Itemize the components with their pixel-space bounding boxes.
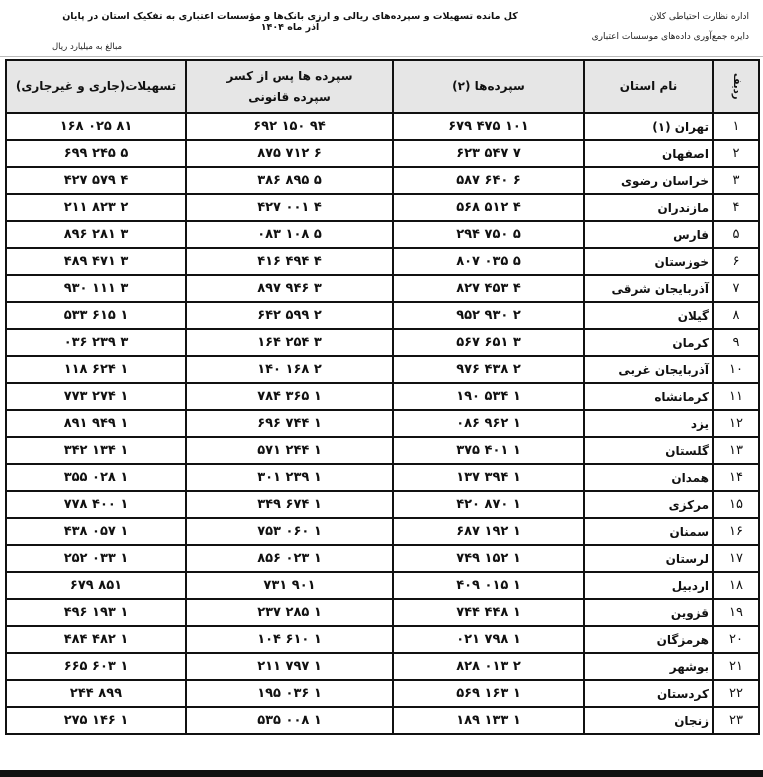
table-row: ۲۳زنجان۱ ۱۳۳ ۱۸۹۱ ۰۰۸ ۵۳۵۱ ۱۴۶ ۲۷۵ [6,707,759,734]
loans-value: ۳ ۲۳۹ ۰۳۶ [6,329,186,356]
province-name: کردستان [584,680,713,707]
province-name: کرمانشاه [584,383,713,410]
loans-value: ۱ ۰۳۳ ۲۵۲ [6,545,186,572]
column-header-loans: تسهیلات(جاری و غیرجاری) [6,60,186,113]
loans-value: ۱ ۶۱۵ ۵۳۳ [6,302,186,329]
column-header-deposits-net-line1: سپرده ها پس از کسر [187,66,392,87]
row-index: ۱۴ [713,464,759,491]
table-row: ۱۳گلستان۱ ۴۰۱ ۳۷۵۱ ۲۴۴ ۵۷۱۱ ۱۳۴ ۳۴۲ [6,437,759,464]
row-index: ۴ [713,194,759,221]
deposits-net-value: ۱ ۲۴۴ ۵۷۱ [186,437,393,464]
table-row: ۱۴همدان۱ ۳۹۴ ۱۳۷۱ ۲۳۹ ۳۰۱۱ ۰۲۸ ۳۵۵ [6,464,759,491]
row-index: ۱۳ [713,437,759,464]
loans-value: ۴ ۵۷۹ ۴۲۷ [6,167,186,194]
loans-value: ۲ ۸۲۳ ۲۱۱ [6,194,186,221]
table-row: ۱۹قزوین۱ ۴۴۸ ۷۴۴۱ ۲۸۵ ۲۳۷۱ ۱۹۳ ۴۹۶ [6,599,759,626]
table-row: ۲۰هرمزگان۱ ۷۹۸ ۰۲۱۱ ۶۱۰ ۱۰۴۱ ۴۸۲ ۴۸۴ [6,626,759,653]
row-index: ۲۲ [713,680,759,707]
deposits-net-value: ۱ ۰۲۳ ۸۵۶ [186,545,393,572]
deposits-net-value: ۴ ۴۹۴ ۴۱۶ [186,248,393,275]
row-index: ۹ [713,329,759,356]
loans-value: ۱ ۶۰۳ ۶۶۵ [6,653,186,680]
deposits-net-value: ۱ ۲۸۵ ۲۳۷ [186,599,393,626]
deposits-net-value: ۱ ۳۶۵ ۷۸۴ [186,383,393,410]
deposits-value: ۱ ۱۵۲ ۷۴۹ [393,545,584,572]
deposits-net-value: ۲ ۵۹۹ ۶۴۲ [186,302,393,329]
loans-value: ۱ ۶۲۴ ۱۱۸ [6,356,186,383]
province-name: همدان [584,464,713,491]
deposits-value: ۴ ۵۱۲ ۵۶۸ [393,194,584,221]
row-index: ۱۱ [713,383,759,410]
deposits-value: ۱ ۱۳۳ ۱۸۹ [393,707,584,734]
unit-note: مبالغ به میلیارد ریال [52,42,122,52]
table-row: ۲۲کردستان۱ ۱۶۳ ۵۶۹۱ ۰۳۶ ۱۹۵۸۹۹ ۲۴۴ [6,680,759,707]
row-index: ۱۹ [713,599,759,626]
loans-value: ۸۵۱ ۶۷۹ [6,572,186,599]
loans-value: ۱ ۱۹۳ ۴۹۶ [6,599,186,626]
loans-value: ۳ ۱۱۱ ۹۳۰ [6,275,186,302]
loans-value: ۸۹۹ ۲۴۴ [6,680,186,707]
org-header: اداره نظارت احتیاطی کلان دایره جمع‌آوری … [592,12,749,52]
deposits-value: ۱ ۴۰۱ ۳۷۵ [393,437,584,464]
province-name: قزوین [584,599,713,626]
deposits-value: ۱ ۰۱۵ ۴۰۹ [393,572,584,599]
header-divider [0,56,763,57]
province-name: خراسان رضوی [584,167,713,194]
loans-value: ۵ ۲۴۵ ۶۹۹ [6,140,186,167]
row-index: ۱۲ [713,410,759,437]
org-line-2: دایره جمع‌آوری داده‌های موسسات اعتباری [592,32,749,42]
province-name: هرمزگان [584,626,713,653]
deposits-value: ۱ ۴۴۸ ۷۴۴ [393,599,584,626]
row-index: ۱۰ [713,356,759,383]
loans-value: ۱ ۲۷۴ ۷۷۳ [6,383,186,410]
deposits-value: ۵ ۰۳۵ ۸۰۷ [393,248,584,275]
loans-value: ۱ ۰۲۸ ۳۵۵ [6,464,186,491]
deposits-net-value: ۱ ۷۴۴ ۶۹۶ [186,410,393,437]
table-row: ۹کرمان۳ ۶۵۱ ۵۶۷۳ ۲۵۴ ۱۶۴۳ ۲۳۹ ۰۳۶ [6,329,759,356]
column-header-index: ردیف [713,60,759,113]
row-index: ۱۵ [713,491,759,518]
province-name: مازندران [584,194,713,221]
loans-value: ۱ ۱۴۶ ۲۷۵ [6,707,186,734]
table-row: ۶خوزستان۵ ۰۳۵ ۸۰۷۴ ۴۹۴ ۴۱۶۳ ۴۷۱ ۴۸۹ [6,248,759,275]
province-name: فارس [584,221,713,248]
loans-value: ۱ ۰۵۷ ۴۳۸ [6,518,186,545]
row-index: ۱۶ [713,518,759,545]
row-index: ۲۳ [713,707,759,734]
deposits-value: ۴ ۴۵۳ ۸۲۷ [393,275,584,302]
table-header-row: ردیف نام استان سپرده‌ها (۲) سپرده ها پس … [6,60,759,113]
deposits-net-value: ۱ ۷۹۷ ۲۱۱ [186,653,393,680]
table-row: ۱۵مرکزی۱ ۸۷۰ ۴۲۰۱ ۶۷۴ ۳۴۹۱ ۴۰۰ ۷۷۸ [6,491,759,518]
deposits-net-value: ۱ ۰۰۸ ۵۳۵ [186,707,393,734]
deposits-value: ۱ ۹۶۲ ۰۸۶ [393,410,584,437]
deposits-net-value: ۱ ۶۱۰ ۱۰۴ [186,626,393,653]
table-row: ۲۱بوشهر۲ ۰۱۳ ۸۲۸۱ ۷۹۷ ۲۱۱۱ ۶۰۳ ۶۶۵ [6,653,759,680]
province-balances-table: ردیف نام استان سپرده‌ها (۲) سپرده ها پس … [5,59,760,735]
table-row: ۲اصفهان۷ ۵۴۷ ۶۲۳۶ ۷۱۲ ۸۷۵۵ ۲۴۵ ۶۹۹ [6,140,759,167]
deposits-value: ۲ ۰۱۳ ۸۲۸ [393,653,584,680]
loans-value: ۳ ۲۸۱ ۸۹۶ [6,221,186,248]
loans-value: ۱ ۴۸۲ ۴۸۴ [6,626,186,653]
column-header-deposits: سپرده‌ها (۲) [393,60,584,113]
province-name: خوزستان [584,248,713,275]
loans-value: ۱ ۴۰۰ ۷۷۸ [6,491,186,518]
province-name: کرمان [584,329,713,356]
table-row: ۱۱کرمانشاه۱ ۵۳۴ ۱۹۰۱ ۳۶۵ ۷۸۴۱ ۲۷۴ ۷۷۳ [6,383,759,410]
table-row: ۳خراسان رضوی۶ ۶۴۰ ۵۸۷۵ ۸۹۵ ۳۸۶۴ ۵۷۹ ۴۲۷ [6,167,759,194]
table-row: ۱تهران (۱)۱۰۱ ۴۷۵ ۶۷۹۹۴ ۱۵۰ ۶۹۲۸۱ ۰۲۵ ۱۶… [6,113,759,140]
province-name: گیلان [584,302,713,329]
column-header-deposits-net: سپرده ها پس از کسر سپرده قانونی [186,60,393,113]
deposits-value: ۲ ۴۳۸ ۹۷۶ [393,356,584,383]
loans-value: ۱ ۹۴۹ ۸۹۱ [6,410,186,437]
row-index: ۸ [713,302,759,329]
table-row: ۵فارس۵ ۷۵۰ ۲۹۴۵ ۱۰۸ ۰۸۳۳ ۲۸۱ ۸۹۶ [6,221,759,248]
deposits-net-value: ۳ ۹۴۶ ۸۹۷ [186,275,393,302]
table-row: ۱۶سمنان۱ ۱۹۲ ۶۸۷۱ ۰۶۰ ۷۵۳۱ ۰۵۷ ۴۳۸ [6,518,759,545]
province-name: اصفهان [584,140,713,167]
province-name: اردبیل [584,572,713,599]
table-row: ۱۰آذربایجان غربی۲ ۴۳۸ ۹۷۶۲ ۱۶۸ ۱۴۰۱ ۶۲۴ … [6,356,759,383]
province-name: بوشهر [584,653,713,680]
deposits-value: ۱ ۷۹۸ ۰۲۱ [393,626,584,653]
deposits-net-value: ۴ ۰۰۱ ۴۲۷ [186,194,393,221]
deposits-net-value: ۶ ۷۱۲ ۸۷۵ [186,140,393,167]
deposits-net-value: ۵ ۸۹۵ ۳۸۶ [186,167,393,194]
deposits-value: ۱ ۱۶۳ ۵۶۹ [393,680,584,707]
province-name: تهران (۱) [584,113,713,140]
deposits-value: ۱ ۳۹۴ ۱۳۷ [393,464,584,491]
row-index: ۲ [713,140,759,167]
table-row: ۱۸اردبیل۱ ۰۱۵ ۴۰۹۹۰۱ ۷۳۱۸۵۱ ۶۷۹ [6,572,759,599]
table-row: ۴مازندران۴ ۵۱۲ ۵۶۸۴ ۰۰۱ ۴۲۷۲ ۸۲۳ ۲۱۱ [6,194,759,221]
deposits-net-value: ۱ ۲۳۹ ۳۰۱ [186,464,393,491]
deposits-net-value: ۵ ۱۰۸ ۰۸۳ [186,221,393,248]
row-index: ۱۷ [713,545,759,572]
province-name: سمنان [584,518,713,545]
deposits-value: ۵ ۷۵۰ ۲۹۴ [393,221,584,248]
deposits-net-value: ۹۴ ۱۵۰ ۶۹۲ [186,113,393,140]
row-index: ۱۸ [713,572,759,599]
row-index: ۲۱ [713,653,759,680]
deposits-net-value: ۳ ۲۵۴ ۱۶۴ [186,329,393,356]
province-name: مرکزی [584,491,713,518]
province-name: گلستان [584,437,713,464]
deposits-net-value: ۱ ۰۶۰ ۷۵۳ [186,518,393,545]
column-header-province: نام استان [584,60,713,113]
province-name: آذربایجان غربی [584,356,713,383]
row-index: ۱ [713,113,759,140]
row-index: ۶ [713,248,759,275]
deposits-net-value: ۱ ۰۳۶ ۱۹۵ [186,680,393,707]
row-index: ۲۰ [713,626,759,653]
deposits-net-value: ۱ ۶۷۴ ۳۴۹ [186,491,393,518]
row-index: ۵ [713,221,759,248]
deposits-value: ۱۰۱ ۴۷۵ ۶۷۹ [393,113,584,140]
table-row: ۸گیلان۲ ۹۳۰ ۹۵۲۲ ۵۹۹ ۶۴۲۱ ۶۱۵ ۵۳۳ [6,302,759,329]
table-row: ۱۷لرستان۱ ۱۵۲ ۷۴۹۱ ۰۲۳ ۸۵۶۱ ۰۳۳ ۲۵۲ [6,545,759,572]
deposits-value: ۱ ۱۹۲ ۶۸۷ [393,518,584,545]
province-name: زنجان [584,707,713,734]
deposits-value: ۳ ۶۵۱ ۵۶۷ [393,329,584,356]
deposits-value: ۷ ۵۴۷ ۶۲۳ [393,140,584,167]
province-name: آذربایجان شرقی [584,275,713,302]
deposits-value: ۶ ۶۴۰ ۵۸۷ [393,167,584,194]
org-line-1: اداره نظارت احتیاطی کلان [592,12,749,22]
table-row: ۱۲یزد۱ ۹۶۲ ۰۸۶۱ ۷۴۴ ۶۹۶۱ ۹۴۹ ۸۹۱ [6,410,759,437]
deposits-value: ۲ ۹۳۰ ۹۵۲ [393,302,584,329]
loans-value: ۱ ۱۳۴ ۳۴۲ [6,437,186,464]
loans-value: ۸۱ ۰۲۵ ۱۶۸ [6,113,186,140]
province-name: لرستان [584,545,713,572]
province-name: یزد [584,410,713,437]
bottom-bar [0,770,763,777]
deposits-net-value: ۲ ۱۶۸ ۱۴۰ [186,356,393,383]
deposits-value: ۱ ۵۳۴ ۱۹۰ [393,383,584,410]
row-index: ۳ [713,167,759,194]
report-title: کل مانده تسهیلات و سپرده‌های ریالی و ارز… [60,11,520,33]
column-header-deposits-net-line2: سپرده قانونی [187,87,392,108]
deposits-value: ۱ ۸۷۰ ۴۲۰ [393,491,584,518]
row-index: ۷ [713,275,759,302]
loans-value: ۳ ۴۷۱ ۴۸۹ [6,248,186,275]
table-row: ۷آذربایجان شرقی۴ ۴۵۳ ۸۲۷۳ ۹۴۶ ۸۹۷۳ ۱۱۱ ۹… [6,275,759,302]
deposits-net-value: ۹۰۱ ۷۳۱ [186,572,393,599]
